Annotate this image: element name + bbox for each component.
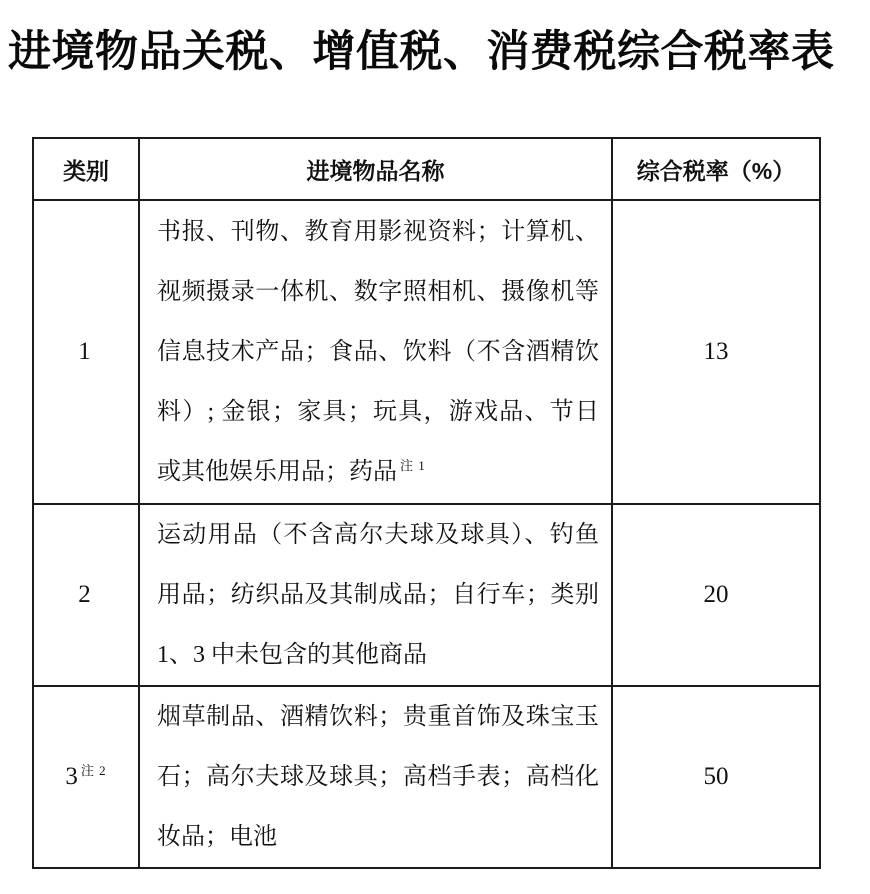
page-title: 进境物品关税、增值税、消费税综合税率表 — [8, 18, 835, 79]
table-header-row: 类别 进境物品名称 综合税率（%） — [33, 138, 820, 200]
header-cell-category: 类别 — [33, 138, 139, 200]
item-name-cell: 运动用品（不含高尔夫球及球具）、钓鱼用品；纺织品及其制成品；自行车；类别 1、3… — [139, 504, 612, 686]
header-cell-item-name: 进境物品名称 — [139, 138, 612, 200]
rate-cell: 20 — [612, 504, 820, 686]
item-name-cell: 烟草制品、酒精饮料；贵重首饰及珠宝玉石；高尔夫球及球具；高档手表；高档化妆品；电… — [139, 686, 612, 868]
rate-cell: 13 — [612, 200, 820, 504]
category-cell: 2 — [33, 504, 139, 686]
category-value: 1 — [78, 338, 91, 365]
rate-value: 50 — [704, 763, 729, 790]
table-row: 3注 2 烟草制品、酒精饮料；贵重首饰及珠宝玉石；高尔夫球及球具；高档手表；高档… — [33, 686, 820, 868]
item-name-text: 运动用品（不含高尔夫球及球具）、钓鱼用品；纺织品及其制成品；自行车；类别 1、3… — [157, 522, 599, 668]
category-cell: 3注 2 — [33, 686, 139, 868]
rate-cell: 50 — [612, 686, 820, 868]
item-name-cell: 书报、刊物、教育用影视资料；计算机、视频摄录一体机、数字照相机、摄像机等信息技术… — [139, 200, 612, 504]
header-cell-rate: 综合税率（%） — [612, 138, 820, 200]
category-value: 3 — [65, 763, 78, 790]
item-name-text: 书报、刊物、教育用影视资料；计算机、视频摄录一体机、数字照相机、摄像机等信息技术… — [157, 219, 599, 485]
category-cell: 1 — [33, 200, 139, 504]
rate-value: 20 — [704, 581, 729, 608]
tax-rate-table: 类别 进境物品名称 综合税率（%） 1 书报、刊物、教育用影视资料；计算机、视频… — [32, 137, 821, 869]
item-name-text: 烟草制品、酒精饮料；贵重首饰及珠宝玉石；高尔夫球及球具；高档手表；高档化妆品；电… — [157, 704, 599, 850]
table-row: 2 运动用品（不含高尔夫球及球具）、钓鱼用品；纺织品及其制成品；自行车；类别 1… — [33, 504, 820, 686]
item-name-note-sup: 注 1 — [400, 458, 426, 473]
category-value: 2 — [78, 581, 91, 608]
table-row: 1 书报、刊物、教育用影视资料；计算机、视频摄录一体机、数字照相机、摄像机等信息… — [33, 200, 820, 504]
category-note-sup: 注 2 — [81, 763, 107, 778]
rate-value: 13 — [704, 338, 729, 365]
